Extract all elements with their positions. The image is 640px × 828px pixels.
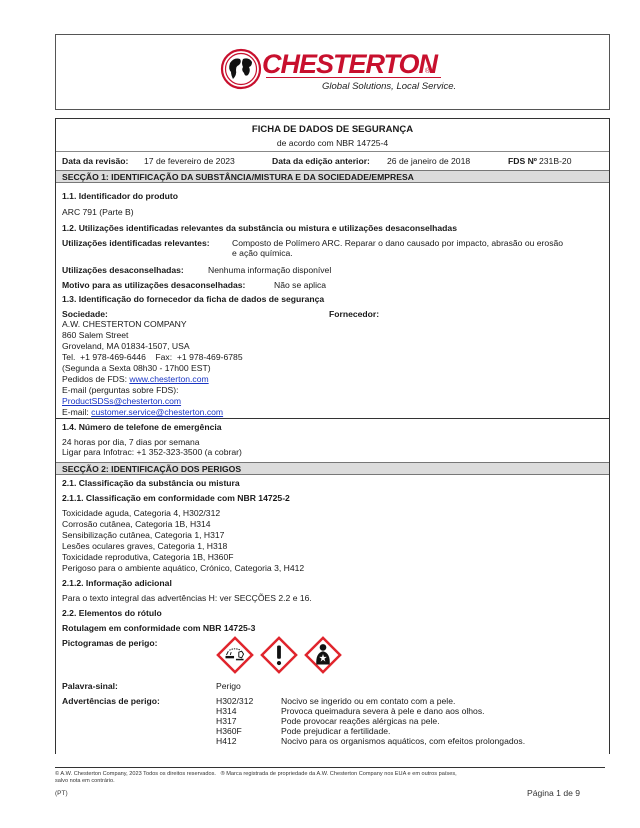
classification-item: Sensibilização cutânea, Categoria 1, H31…: [62, 530, 224, 540]
emergency-line2: Ligar para Infotrac: +1 352-323-3500 (a …: [62, 447, 242, 457]
classification-item: Perigoso para o ambiente aquático, Cróni…: [62, 563, 304, 573]
revision-date-value: 17 de fevereiro de 2023: [144, 156, 235, 166]
document-subtitle: de acordo com NBR 14725-4: [56, 138, 609, 148]
website-link[interactable]: www.chesterton.com: [129, 374, 208, 384]
page-number: Página 1 de 9: [527, 788, 580, 798]
brand-tagline: Global Solutions, Local Service.: [322, 81, 456, 92]
hazard-text: Pode prejudicar a fertilidade.: [281, 726, 390, 736]
footer-copyright-line2: salvo nota em contrário.: [55, 778, 115, 785]
uses-label: Utilizações identificadas relevantes:: [62, 238, 210, 248]
s212-text: Para o texto integral das advertências H…: [62, 593, 312, 603]
s212-heading: 2.1.2. Informação adicional: [62, 578, 172, 588]
signal-word-value: Perigo: [216, 681, 241, 691]
supplier-label: Fornecedor:: [329, 309, 379, 319]
hazard-text: Nocivo para os organismos aquáticos, com…: [281, 736, 525, 746]
previous-edition-label: Data da edição anterior:: [272, 156, 370, 166]
exclamation-pictogram-icon: [260, 636, 298, 674]
hazard-text: Pode provocar reações alérgicas na pele.: [281, 716, 440, 726]
email-questions-label: E-mail (perguntas sobre FDS):: [62, 385, 179, 395]
previous-edition-value: 26 de janeiro de 2018: [387, 156, 470, 166]
classification-item: Toxicidade aguda, Categoria 4, H302/312: [62, 508, 220, 518]
company-line: 860 Salem Street: [62, 330, 128, 340]
reason-value: Não se aplica: [274, 280, 326, 290]
s11-heading: 1.1. Identificador do produto: [62, 191, 178, 201]
email-label: E-mail:: [62, 407, 91, 417]
emergency-line1: 24 horas por dia, 7 dias por semana: [62, 437, 200, 447]
brand-name: CHESTERTON: [262, 49, 437, 79]
orders-label: Pedidos de FDS:: [62, 374, 129, 384]
advised-against-value: Nenhuma informação disponível: [208, 265, 331, 275]
fds-number-value: 231B-20: [539, 156, 572, 166]
advised-against-label: Utilizações desaconselhadas:: [62, 265, 184, 275]
hazard-code: H317: [216, 716, 237, 726]
hazard-code: H314: [216, 706, 237, 716]
uses-value-line1: Composto de Polímero ARC. Reparar o dano…: [232, 238, 563, 248]
sds-email-link[interactable]: ProductSDSs@chesterton.com: [62, 396, 181, 406]
registered-mark: ®: [425, 68, 430, 75]
footer-divider: [55, 767, 605, 768]
s13-heading: 1.3. Identificação do fornecedor da fich…: [62, 294, 324, 304]
company-line: Tel. +1 978-469-6446 Fax: +1 978-469-678…: [62, 352, 243, 362]
hazard-statements-label: Advertências de perigo:: [62, 696, 160, 706]
fds-number-label: FDS Nº: [508, 156, 537, 166]
company-line: (Segunda a Sexta 08h30 - 17h00 EST): [62, 363, 211, 373]
s211-heading: 2.1.1. Classificação em conformidade com…: [62, 493, 290, 503]
company-label: Sociedade:: [62, 309, 108, 319]
section-1-header: SECÇÃO 1: IDENTIFICAÇÃO DA SUBSTÂNCIA/MI…: [56, 170, 609, 183]
hazard-text: Provoca queimadura severa à pele e dano …: [281, 706, 485, 716]
classification-item: Corrosão cutânea, Categoria 1B, H314: [62, 519, 211, 529]
corrosion-pictogram-icon: [216, 636, 254, 674]
hazard-code: H412: [216, 736, 237, 746]
email-line: E-mail: customer.service@chesterton.com: [62, 407, 223, 417]
signal-word-label: Palavra-sinal:: [62, 681, 118, 691]
company-line: A.W. CHESTERTON COMPANY: [62, 319, 187, 329]
revision-date-label: Data da revisão:: [62, 156, 128, 166]
health-hazard-pictogram-icon: [304, 636, 342, 674]
section-2-title: SECÇÃO 2: IDENTIFICAÇÃO DOS PERIGOS: [62, 464, 241, 474]
s21-heading: 2.1. Classificação da substância ou mist…: [62, 478, 240, 488]
hazard-text: Nocivo se ingerido ou em contato com a p…: [281, 696, 455, 706]
footer-language: (PT): [55, 789, 68, 799]
hazard-code: H302/312: [216, 696, 253, 706]
pictograms-label: Pictogramas de perigo:: [62, 638, 158, 648]
classification-item: Toxicidade reprodutiva, Categoria 1B, H3…: [62, 552, 234, 562]
section-2-header: SECÇÃO 2: IDENTIFICAÇÃO DOS PERIGOS: [56, 462, 609, 475]
classification-item: Lesões oculares graves, Categoria 1, H31…: [62, 541, 227, 551]
hazard-code: H360F: [216, 726, 242, 736]
company-line: Groveland, MA 01834-1507, USA: [62, 341, 190, 351]
customer-service-email-link[interactable]: customer.service@chesterton.com: [91, 407, 223, 417]
globe-icon: [219, 47, 263, 91]
logo-box: CHESTERTON ® Global Solutions, Local Ser…: [55, 34, 610, 110]
s22-heading: 2.2. Elementos do rótulo: [62, 608, 162, 618]
orders-line: Pedidos de FDS: www.chesterton.com: [62, 374, 209, 384]
document-title: FICHA DE DADOS DE SEGURANÇA: [56, 125, 609, 135]
section-1-title: SECÇÃO 1: IDENTIFICAÇÃO DA SUBSTÂNCIA/MI…: [62, 172, 414, 182]
reason-label: Motivo para as utilizações desaconselhad…: [62, 280, 245, 290]
brand-underline: [266, 77, 441, 78]
s14-heading: 1.4. Número de telefone de emergência: [62, 422, 222, 432]
footer-copyright-line1: © A.W. Chesterton Company, 2023 Todos os…: [55, 771, 457, 778]
s12-heading: 1.2. Utilizações identificadas relevante…: [62, 223, 457, 233]
uses-value-line2: e ação química.: [232, 248, 293, 258]
product-identifier: ARC 791 (Parte B): [62, 207, 134, 217]
labelling-heading: Rotulagem em conformidade com NBR 14725-…: [62, 623, 255, 633]
